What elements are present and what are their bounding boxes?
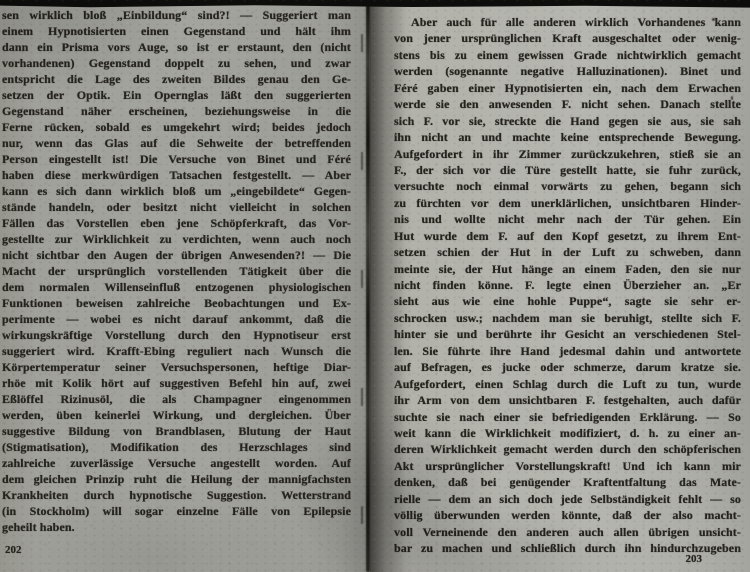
text-line: rielle — dem an sich doch jede Selbständ… bbox=[394, 491, 741, 507]
text-line: deren Wirklichkeit gemacht werden durch … bbox=[394, 441, 741, 457]
text-line: dem normalen Willenseinfluß entzogenen p… bbox=[2, 279, 351, 295]
page-gutter bbox=[366, 5, 370, 572]
text-line: Person eingestellt ist! Die Versuche von… bbox=[2, 151, 351, 167]
text-line: stände handeln, oder besitzt nicht viell… bbox=[2, 199, 351, 215]
text-line: dem gleichen Prinzip ruht die Heilung de… bbox=[2, 471, 351, 487]
left-page: sen wirklich bloß „Einbildung“ sind?! — … bbox=[0, 0, 368, 572]
text-line: suggestive Bildung von Brandblasen, Blut… bbox=[2, 423, 351, 439]
text-line: Gegenstand näher erscheinen, beziehungsw… bbox=[2, 103, 351, 119]
text-line: perimente — wobei es nicht darauf ankomm… bbox=[2, 311, 351, 327]
text-line: Akt ursprünglicher Vorstellungskraft! Un… bbox=[394, 458, 741, 474]
text-line: einem Hypnotisierten einen Gegenstand un… bbox=[2, 23, 351, 39]
text-line: len. Sie führte ihre Hand jedesmal dahin… bbox=[394, 343, 741, 359]
text-line: werden, üben keinerlei Wirkung, und derg… bbox=[2, 407, 351, 423]
text-line: entspricht die Lage des zweiten Bildes g… bbox=[2, 71, 351, 87]
text-line: gestellte zur Wirklichkeit zu verdichten… bbox=[2, 231, 351, 247]
text-line: F., der sich vor die Türe gestellt hatte… bbox=[394, 162, 741, 178]
right-page: Aber auch für alle anderen wirklich Vorh… bbox=[368, 0, 750, 572]
text-line: Aber auch für alle anderen wirklich Vorh… bbox=[394, 14, 741, 30]
text-line: Aufgefordert in ihr Zimmer zurückzukehre… bbox=[394, 146, 741, 162]
text-line: hinter sie und berührte ihr Gesicht an v… bbox=[394, 326, 741, 342]
text-line: meinte sie, der Hut hänge an einem Faden… bbox=[394, 261, 741, 277]
text-line: vorhandenen) Gegenstand doppelt zu sehen… bbox=[2, 55, 351, 71]
page-edge-ticks bbox=[361, 0, 363, 572]
text-line: nicht sichtbar den Augen der übrigen Anw… bbox=[2, 247, 351, 263]
text-line: kann es sich dann wirklich bloß um „eing… bbox=[2, 183, 351, 199]
text-line: zahlreiche zuverlässige Versuche angeste… bbox=[2, 455, 351, 471]
text-line: suggeriert wird. Krafft-Ebing reguliert … bbox=[2, 343, 351, 359]
text-line: Ferne rücken, sobald es umgekehrt wird; … bbox=[2, 119, 351, 135]
text-line: dann ein Prisma vors Auge, so ist er ers… bbox=[2, 39, 351, 55]
text-line: wirkungskräftige Vorstellung durch den H… bbox=[2, 327, 351, 343]
text-line: Fällen das Vorstellen eben jene Schöpfer… bbox=[2, 215, 351, 231]
text-line: Eßlöffel Rizinusöl, die als Champagner e… bbox=[2, 391, 351, 407]
text-line: Aufgefordert, einen Schlag durch die Luf… bbox=[394, 376, 741, 392]
text-line: versuchte noch einmal vorwärts zu gehen,… bbox=[394, 178, 741, 194]
text-line: von jener ursprünglichen Kraft ausgescha… bbox=[394, 30, 741, 46]
text-line: auf Befragen, es jucke oder schmerze, da… bbox=[394, 359, 741, 375]
text-line: (Stigmatisation), Modifikation des Herzs… bbox=[2, 439, 351, 455]
text-line: Féré gaben einer Hypnotisierten ein, nac… bbox=[394, 80, 741, 96]
book-scan: sen wirklich bloß „Einbildung“ sind?! — … bbox=[0, 0, 750, 572]
text-line: haben diese merkwürdigen Tatsachen festg… bbox=[2, 167, 351, 183]
text-line: werde sie den anwesenden F. nicht sehen.… bbox=[394, 96, 741, 112]
left-page-text: sen wirklich bloß „Einbildung“ sind?! — … bbox=[2, 7, 351, 535]
text-line: ihn nicht an und machte keine entspreche… bbox=[394, 129, 741, 145]
scan-speck bbox=[712, 18, 715, 21]
text-line: (in Stockholm) will sogar einzelne Fälle… bbox=[2, 503, 351, 519]
text-line: stens bis zu einem gewissen Grade nichtw… bbox=[394, 47, 741, 63]
text-line: geheilt haben. bbox=[2, 519, 351, 535]
text-line: Funktionen beweisen zahlreiche Beobachtu… bbox=[2, 295, 351, 311]
text-line: rhöe mit Kolik hört auf suggestiven Befe… bbox=[2, 375, 351, 391]
text-line: Macht der ursprünglich vorstellenden Tät… bbox=[2, 263, 351, 279]
text-line: denken, daß bei genügender Kraftentfaltu… bbox=[394, 474, 741, 490]
text-line: ihr Arm von dem unsichtbaren F. festgeha… bbox=[394, 392, 741, 408]
text-line: sieht aus wie eine hohle Puppe“, sagte s… bbox=[394, 293, 741, 309]
text-line: suchte sie nach einer sie befriedigenden… bbox=[394, 409, 741, 425]
page-number-right: 203 bbox=[686, 553, 703, 565]
text-line: nur, wenn das Glas auf die Sehweite der … bbox=[2, 135, 351, 151]
text-line: werden (sogenannte negative Halluzinatio… bbox=[394, 63, 741, 79]
text-line: völlig überwunden werden könnte, daß der… bbox=[394, 507, 741, 523]
text-line: Körpertemperatur seiner Versuchspersonen… bbox=[2, 359, 351, 375]
right-page-text: Aber auch für alle anderen wirklich Vorh… bbox=[394, 14, 741, 556]
text-line: weit kann die Wirklichkeit modifiziert, … bbox=[394, 425, 741, 441]
text-line: sich F. vor sie, streckte die Hand gegen… bbox=[394, 113, 741, 129]
text-line: setzen schien der Hut in der Luft zu sch… bbox=[394, 244, 741, 260]
text-line: setzen der Optik. Ein Opernglas läßt den… bbox=[2, 87, 351, 103]
scan-speck bbox=[731, 96, 733, 100]
text-line: sen wirklich bloß „Einbildung“ sind?! — … bbox=[2, 7, 351, 23]
text-line: zu fürchten vor dem unerklärlichen, unsi… bbox=[394, 195, 741, 211]
text-line: voll Verneinende den anderen auch allen … bbox=[394, 524, 741, 540]
text-line: Hut wurde dem F. auf den Kopf gesetzt, z… bbox=[394, 228, 741, 244]
text-line: schrocken usw.; nachdem man sie beruhigt… bbox=[394, 310, 741, 326]
text-line: nicht finden könne. F. legte einen Überz… bbox=[394, 277, 741, 293]
text-line: Krankheiten durch hypnotische Suggestion… bbox=[2, 487, 351, 503]
text-line: nis und wollte nicht mehr nach der Tür g… bbox=[394, 211, 741, 227]
page-number-left: 202 bbox=[5, 544, 22, 556]
